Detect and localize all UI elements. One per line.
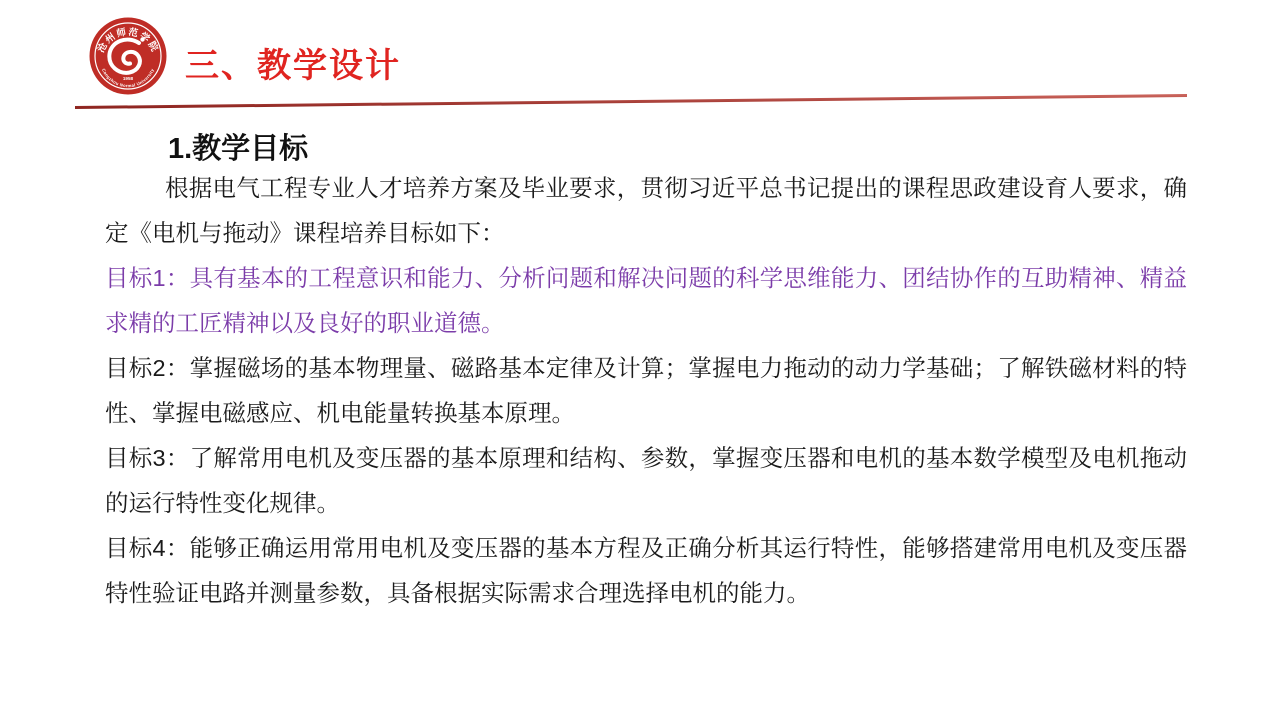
- goal-paragraph: 目标4：能够正确运用常用电机及变压器的基本方程及正确分析其运行特性，能够搭建常用…: [105, 526, 1187, 616]
- section-heading: 1.教学目标: [168, 126, 308, 167]
- paragraph-list: 根据电气工程专业人才培养方案及毕业要求，贯彻习近平总书记提出的课程思政建设育人要…: [105, 166, 1187, 616]
- goal-paragraph: 目标1：具有基本的工程意识和能力、分析问题和解决问题的科学思维能力、团结协作的互…: [105, 256, 1187, 346]
- goal-paragraph: 目标2：掌握磁场的基本物理量、磁路基本定律及计算；掌握电力拖动的动力学基础；了解…: [105, 346, 1187, 436]
- title-divider: [75, 92, 1187, 110]
- logo-year: 1958: [123, 76, 134, 81]
- presentation-slide: 沧州师范学院 1958 Cangzhou Normal University 三…: [0, 0, 1280, 720]
- university-logo-icon: 沧州师范学院 1958 Cangzhou Normal University: [88, 16, 168, 96]
- slide-title: 三、教学设计: [185, 38, 401, 87]
- intro-paragraph: 根据电气工程专业人才培养方案及毕业要求，贯彻习近平总书记提出的课程思政建设育人要…: [105, 166, 1187, 256]
- goal-paragraph: 目标3：了解常用电机及变压器的基本原理和结构、参数，掌握变压器和电机的基本数学模…: [105, 436, 1187, 526]
